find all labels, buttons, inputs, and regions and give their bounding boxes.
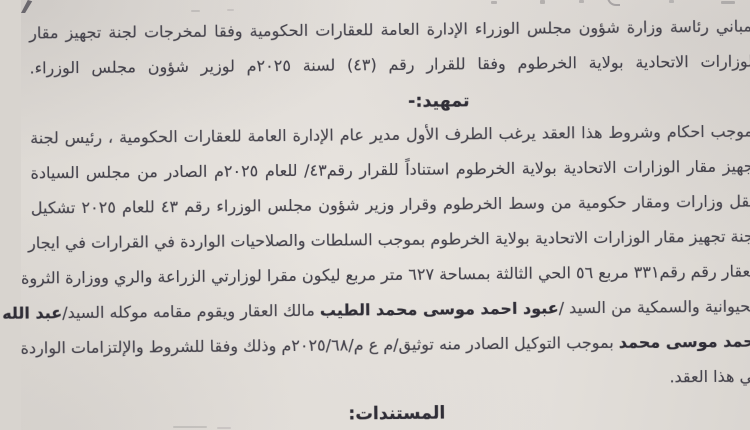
agent-authorization-line: احمد موسى محمد بموجب التوكيل الصادر منه … [11, 324, 739, 366]
agent-line-text: بموجب التوكيل الصادر منه توثيق/م ع م/٢٠٢… [0, 333, 598, 358]
owner-line-text: مالك العقار ويقوم مقامه موكله السيد/ [41, 301, 299, 322]
text-fragment [519, 0, 524, 4]
intro-line-2: الوزارات الاتحادية بولاية الخرطوم وفقا ل… [8, 44, 736, 86]
text-fragment [152, 426, 186, 428]
text-fragment [648, 0, 653, 3]
text-fragment [470, 1, 476, 4]
text-fragment [586, 0, 599, 6]
contract-document-text: بمباني رئاسة وزارة شؤون مجلس الوزراء الإ… [8, 9, 740, 430]
text-fragment [558, 0, 563, 3]
text-fragment [206, 9, 213, 11]
preamble-heading: تمهيد:- [54, 81, 750, 123]
scanned-document-page: بمباني رئاسة وزارة شؤون مجلس الوزراء الإ… [0, 0, 750, 430]
owner-name: عبود احمد موسى محمد الطيب [299, 298, 538, 319]
text-fragment [170, 10, 179, 12]
agent-name-part-1: عبد الله [0, 303, 41, 323]
agent-name-part-2: احمد موسى محمد [598, 332, 740, 352]
owner-line-text: الحيوانية والسمكية من السيد / [538, 297, 739, 318]
corner-ink-mark [0, 0, 17, 13]
text-fragment [196, 427, 210, 429]
documents-heading: المستندات: [12, 393, 740, 430]
text-fragment [700, 1, 714, 4]
